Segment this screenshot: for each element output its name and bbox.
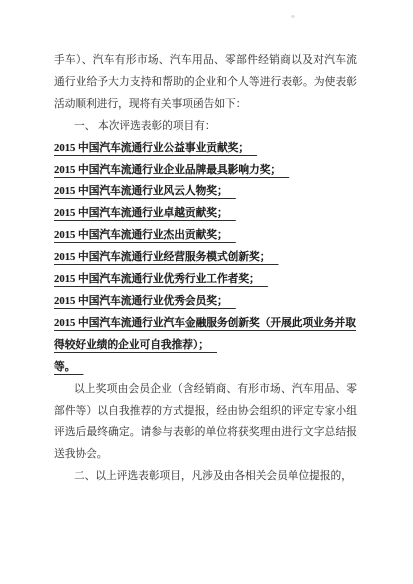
- paragraph-intro-continuation: 手车）、汽车有形市场、汽车用品、零部件经销商以及对汽车流通行业给予大力支持和帮助…: [54, 50, 357, 116]
- document-page: 手车）、汽车有形市场、汽车用品、零部件经销商以及对汽车流通行业给予大力支持和帮助…: [0, 0, 413, 584]
- award-item-text: 2015 中国汽车流通行业卓越贡献奖；: [54, 207, 236, 219]
- award-item-text: 2015 中国汽车流通行业优秀会员奖；: [54, 295, 236, 307]
- award-item-text: 2015 中国汽车流通行业优秀行业工作者奖；: [54, 273, 268, 285]
- award-item-text: 2015 中国汽车流通行业风云人物奖；: [54, 185, 236, 197]
- section-two-intro: 二、以上评选表彰项目，凡涉及由各相关会员单位提报的，: [54, 466, 357, 488]
- award-item-text: 2015 中国汽车流通行业杰出贡献奖；: [54, 229, 236, 241]
- award-item-text: 2015 中国汽车流通行业企业品牌最具影响力奖；: [54, 164, 289, 176]
- award-item-2: 2015 中国汽车流通行业企业品牌最具影响力奖；: [54, 160, 357, 182]
- document-body: 手车）、汽车有形市场、汽车用品、零部件经销商以及对汽车流通行业给予大力支持和帮助…: [54, 50, 357, 488]
- award-list: 2015 中国汽车流通行业公益事业贡献奖； 2015 中国汽车流通行业企业品牌最…: [54, 138, 357, 379]
- award-item-3: 2015 中国汽车流通行业风云人物奖；: [54, 181, 357, 203]
- award-item-5: 2015 中国汽车流通行业杰出贡献奖；: [54, 225, 357, 247]
- award-item-text: 等。: [54, 361, 83, 373]
- award-item-8: 2015 中国汽车流通行业优秀会员奖；: [54, 291, 357, 313]
- award-item-text: 2015 中国汽车流通行业公益事业贡献奖；: [54, 142, 257, 154]
- award-item-1: 2015 中国汽车流通行业公益事业贡献奖；: [54, 138, 357, 160]
- award-item-4: 2015 中国汽车流通行业卓越贡献奖；: [54, 203, 357, 225]
- award-item-text: 2015 中国汽车流通行业经营服务模式创新奖；: [54, 251, 278, 263]
- award-item-10: 等。: [54, 357, 357, 379]
- award-item-6: 2015 中国汽车流通行业经营服务模式创新奖；: [54, 247, 357, 269]
- award-item-7: 2015 中国汽车流通行业优秀行业工作者奖；: [54, 269, 357, 291]
- award-item-text: 2015 中国汽车流通行业汽车金融服务创新奖（开展此项业务并取得较好业绩的企业可…: [54, 317, 356, 351]
- award-item-9: 2015 中国汽车流通行业汽车金融服务创新奖（开展此项业务并取得较好业绩的企业可…: [54, 313, 357, 357]
- paragraph-submission-note: 以上奖项由会员企业（含经销商、有形市场、汽车用品、零部件等）以自我推荐的方式提报…: [54, 379, 357, 467]
- scan-artifact-dot: [291, 15, 295, 18]
- section-one-heading: 一、 本次评选表彰的项目有：: [54, 116, 357, 138]
